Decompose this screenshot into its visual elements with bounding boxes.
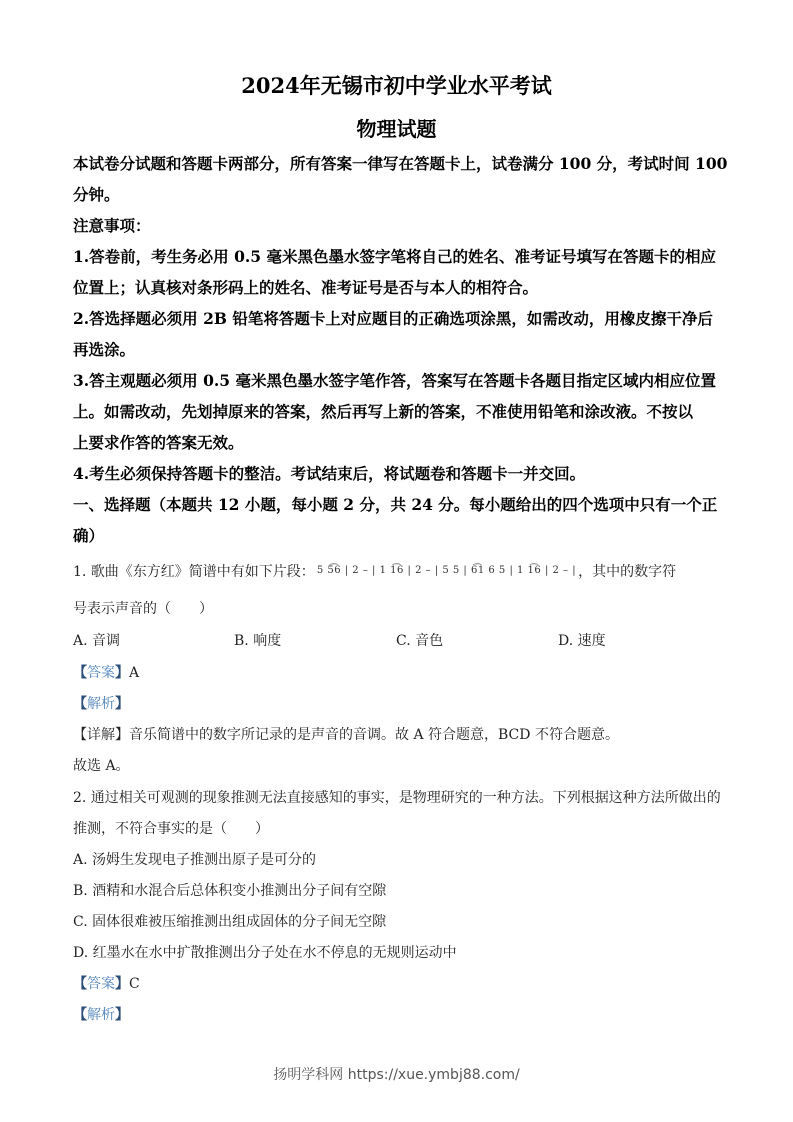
question-2-stem-line-1: 2. 通过相关可观测的现象推测无法直接感知的事实，是物理研究的一种方法。下列根据…: [73, 787, 721, 807]
music-notation-image: 5 5͡6 | 2 – | 1 1͡6 | 2 – | 5 5 | 6͡1 6 …: [317, 565, 576, 576]
question-1-option-a: A. 音调: [73, 630, 120, 650]
answer-tag: 答案: [87, 976, 115, 992]
answer-tag: 答案: [87, 665, 115, 681]
question-2-option-c: C. 固体很难被压缩推测出组成固体的分子间无空隙: [73, 911, 386, 931]
note-3-line-3: 上要求作答的答案无效。: [73, 431, 244, 453]
notes-heading: 注意事项：: [73, 214, 151, 236]
question-2-analysis-tag: 【解析】: [73, 1004, 129, 1024]
question-1-detail: 【详解】音乐简谱中的数字所记录的是声音的音调。故 A 符合题意，BCD 不符合题…: [73, 724, 619, 744]
question-1-stem-line-1: 1. 歌曲《东方红》简谱中有如下片段：5 5͡6 | 2 – | 1 1͡6 |…: [73, 561, 676, 581]
question-2-answer: 【答案】C: [73, 973, 140, 993]
question-1-stem-after: ，其中的数字符: [578, 564, 676, 580]
question-1-option-d: D. 速度: [558, 630, 606, 650]
footer-watermark: 扬明学科网 https://xue.ymbj88.com/: [0, 1064, 793, 1084]
note-3-line-2: 上。如需改动，先划掉原来的答案，然后再写上新的答案，不准使用铅笔和涂改液。不按以: [73, 400, 693, 422]
question-1-option-b: B. 响度: [234, 630, 281, 650]
intro-line-2: 分钟。: [73, 183, 120, 205]
note-3-line-1: 3.答主观题必须用 0.5 毫米黑色墨水签字笔作答，答案写在答题卡各题目指定区域…: [73, 369, 716, 391]
note-2-line-2: 再选涂。: [73, 338, 135, 360]
note-1-line-1: 1.答卷前，考生务必用 0.5 毫米黑色墨水签字笔将自己的姓名、准考证号填写在答…: [73, 245, 716, 267]
page-subtitle: 物理试题: [0, 113, 793, 142]
answer-value: C: [129, 976, 140, 992]
question-1-option-c: C. 音色: [396, 630, 443, 650]
exam-page: 2024年无锡市初中学业水平考试 物理试题 本试卷分试题和答题卡两部分，所有答案…: [0, 0, 793, 1122]
question-1-stem-line-2: 号表示声音的（ ）: [73, 598, 213, 618]
note-2-line-1: 2.答选择题必须用 2B 铅笔将答题卡上对应题目的正确选项涂黑，如需改动，用橡皮…: [73, 307, 713, 329]
question-1-analysis-tag: 【解析】: [73, 693, 129, 713]
question-1-stem-before: 1. 歌曲《东方红》简谱中有如下片段：: [73, 564, 315, 580]
section-heading-line-2: 确）: [73, 524, 104, 546]
question-1-answer: 【答案】A: [73, 662, 139, 682]
question-1-conclusion: 故选 A。: [73, 755, 130, 775]
page-title: 2024年无锡市初中学业水平考试: [0, 70, 793, 100]
question-2-stem-line-2: 推测，不符合事实的是（ ）: [73, 818, 269, 838]
question-2-option-d: D. 红墨水在水中扩散推测出分子处在水不停息的无规则运动中: [73, 942, 457, 962]
question-2-option-b: B. 酒精和水混合后总体积变小推测出分子间有空隙: [73, 880, 386, 900]
intro-line-1: 本试卷分试题和答题卡两部分，所有答案一律写在答题卡上，试卷满分 100 分，考试…: [73, 152, 727, 174]
note-4-line-1: 4.考生必须保持答题卡的整洁。考试结束后，将试题卷和答题卡一并交回。: [73, 462, 585, 484]
note-1-line-2: 位置上；认真核对条形码上的姓名、准考证号是否与本人的相符合。: [73, 276, 538, 298]
section-heading-line-1: 一、选择题（本题共 12 小题，每小题 2 分，共 24 分。每小题给出的四个选…: [73, 493, 717, 515]
question-2-option-a: A. 汤姆生发现电子推测出原子是可分的: [73, 849, 316, 869]
answer-value: A: [129, 665, 139, 681]
